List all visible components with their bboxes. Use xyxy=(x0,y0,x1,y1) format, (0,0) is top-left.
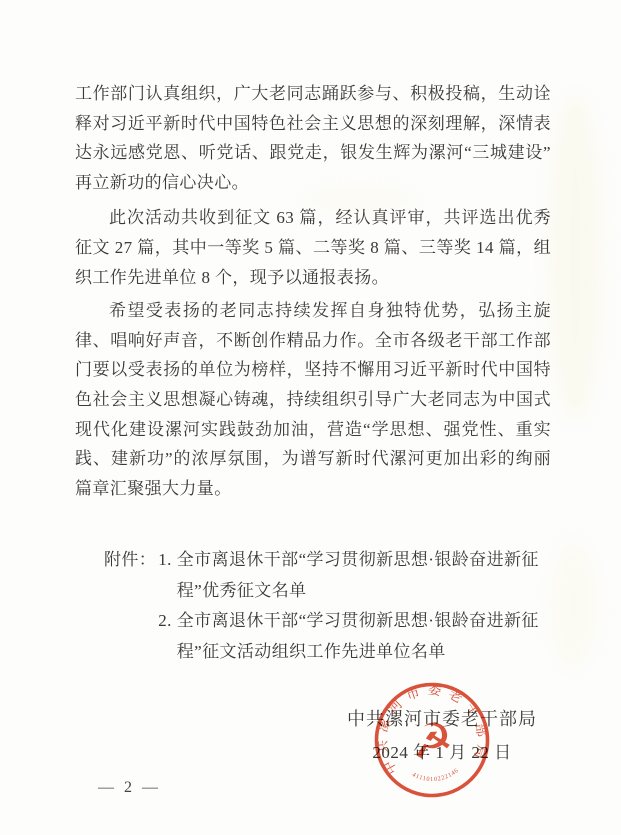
attachment-number: 1. xyxy=(158,545,172,576)
scan-artifact xyxy=(550,540,598,670)
issue-date: 2024 年 1 月 22 日 xyxy=(342,736,542,769)
svg-text:4111010222146: 4111010222146 xyxy=(410,767,461,786)
signature-block: 中共漯河市委老干部局 2024 年 1 月 22 日 xyxy=(342,703,542,769)
paragraph: 希望受表扬的老同志持续发挥自身独特优势，弘扬主旋律、唱响好声音，不断创作精品力作… xyxy=(75,296,551,503)
issuing-authority: 中共漯河市委老干部局 xyxy=(342,703,542,736)
attachment-item: 2. 全市离退休干部“学习贯彻新思想·银龄奋进新征程”征文活动组织工作先进单位名… xyxy=(158,606,539,667)
attachments-list: 1. 全市离退休干部“学习贯彻新思想·银龄奋进新征程”优秀征文名单 2. 全市离… xyxy=(158,545,539,667)
page-number: — 2 — xyxy=(98,779,161,797)
attachments-block: 附件： 1. 全市离退休干部“学习贯彻新思想·银龄奋进新征程”优秀征文名单 2.… xyxy=(104,545,539,667)
attachment-title: 全市离退休干部“学习贯彻新思想·银龄奋进新征程”优秀征文名单 xyxy=(177,545,539,606)
scanned-document-page: 工作部门认真组织，广大老同志踊跃参与、积极投稿，生动诠释对习近平新时代中国特色社… xyxy=(0,0,621,835)
seal-code: 4111010222146 xyxy=(410,767,461,786)
attachment-title: 全市离退休干部“学习贯彻新思想·银龄奋进新征程”征文活动组织工作先进单位名单 xyxy=(177,606,539,667)
attachments-label: 附件： xyxy=(104,545,156,576)
attachment-number: 2. xyxy=(158,606,172,637)
paragraph-continuation: 工作部门认真组织，广大老同志踊跃参与、积极投稿，生动诠释对习近平新时代中国特色社… xyxy=(75,79,551,197)
paragraph: 此次活动共收到征文 63 篇，经认真评审，共评选出优秀征文 27 篇，其中一等奖… xyxy=(75,203,551,292)
attachment-item: 1. 全市离退休干部“学习贯彻新思想·银龄奋进新征程”优秀征文名单 xyxy=(158,545,539,606)
document-body: 工作部门认真组织，广大老同志踊跃参与、积极投稿，生动诠释对习近平新时代中国特色社… xyxy=(75,79,551,503)
scan-artifact xyxy=(548,92,603,422)
